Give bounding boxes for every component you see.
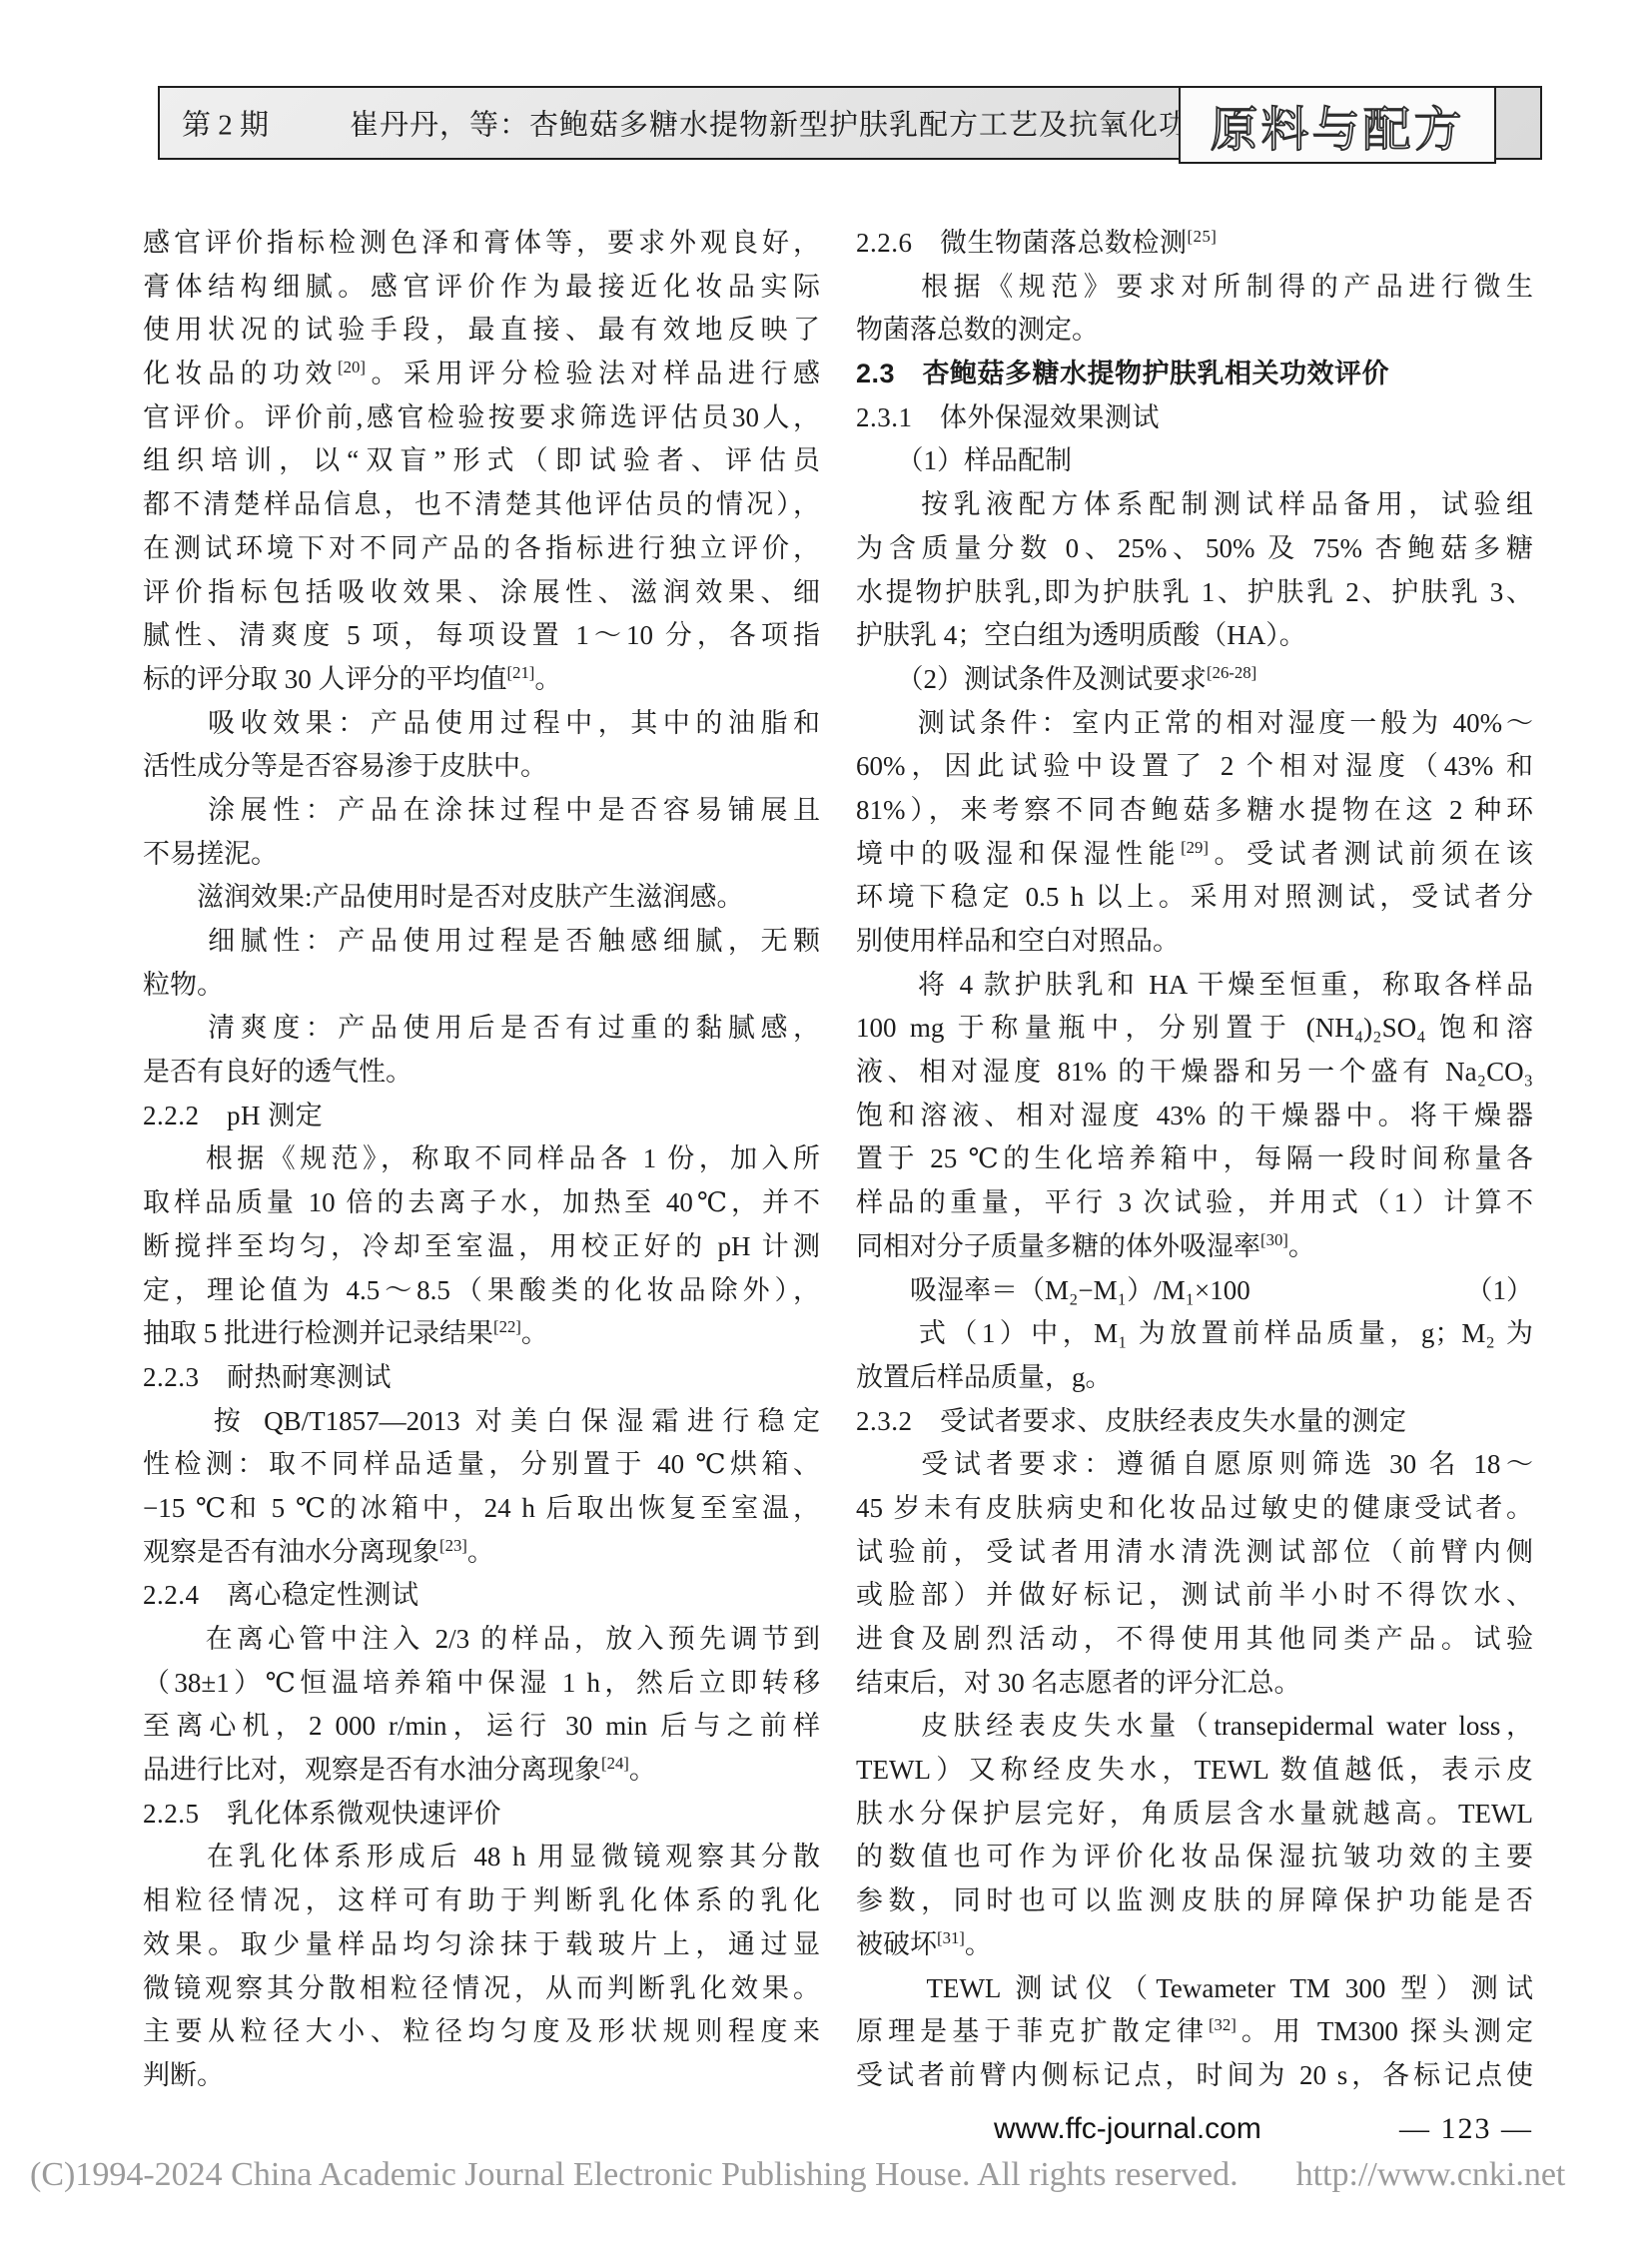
text-line: 饱和溶液、相对湿度 43% 的干燥器中。将干燥器 [856,1095,1533,1138]
journal-page: 第 2 期 崔丹丹，等：杏鲍菇多糖水提物新型护肤乳配方工艺及抗氧化功效 原料与配… [0,0,1652,2242]
text-line: 按乳液配方体系配制测试样品备用，试验组 [856,483,1533,527]
text-line: 相粒径情况，这样可有助于判断乳化体系的乳化 [143,1879,820,1923]
text-line: 受试者前臂内侧标记点，时间为 20 s，各标记点使 [856,2054,1533,2098]
page-footer: www.ffc-journal.com — 123 — [856,2109,1533,2149]
text-line: 被破坏[31]。 [856,1923,1533,1967]
text-line: 测试条件：室内正常的相对湿度一般为 40%～ [856,702,1533,746]
text-line: 按 QB/T1857—2013 对美白保湿霜进行稳定 [143,1400,820,1444]
text-line: 2.2.4 离心稳定性测试 [143,1574,820,1618]
text-line: 在测试环境下对不同产品的各指标进行独立评价， [143,527,820,571]
text-line: 细腻性：产品使用过程是否触感细腻，无颗 [143,920,820,964]
text-line: 别使用样品和空白对照品。 [856,920,1533,964]
text-line: 式（1）中，M₁ 为放置前样品质量，g；M₂ 为 [856,1312,1533,1356]
text-line: 或脸部）并做好标记，测试前半小时不得饮水、 [856,1574,1533,1618]
text-line: 皮肤经表皮失水量（transepidermal water loss， [856,1705,1533,1749]
text-line: 环境下稳定 0.5 h 以上。采用对照测试，受试者分 [856,876,1533,920]
text-line: 45 岁未有皮肤病史和化妆品过敏史的健康受试者。 [856,1487,1533,1531]
text-line: （2）测试条件及测试要求[26-28] [856,658,1533,702]
text-line: 使用状况的试验手段，最直接、最有效地反映了 [143,309,820,353]
text-line: 都不清楚样品信息，也不清楚其他评估员的情况）， [143,483,820,527]
text-line: 结束后，对 30 名志愿者的评分汇总。 [856,1662,1533,1706]
text-line: 2.3 杏鲍菇多糖水提物护肤乳相关功效评价 [856,353,1533,396]
text-line: 至离心机，2 000 r/min，运行 30 min 后与之前样 [143,1705,820,1749]
text-line: 膏体结构细腻。感官评价作为最接近化妆品实际 [143,266,820,310]
text-line: 是否有良好的透气性。 [143,1051,820,1095]
text-line: 不易搓泥。 [143,833,820,877]
text-line: 在离心管中注入 2/3 的样品，放入预先调节到 [143,1618,820,1662]
cnki-url: http://www.cnki.net [1296,2156,1566,2194]
text-line: TEWL 测试仪（Tewameter TM 300 型）测试 [856,1967,1533,2011]
text-line: 官评价。评价前,感官检验按要求筛选评估员30人， [143,396,820,440]
text-line: TEWL）又称经皮失水，TEWL 数值越低，表示皮 [856,1749,1533,1793]
text-line: 抽取 5 批进行检测并记录结果[22]。 [143,1312,820,1356]
copyright-text: (C)1994-2024 China Academic Journal Elec… [30,2156,1239,2194]
text-line: 定，理论值为 4.5～8.5（果酸类的化妆品除外）， [143,1269,820,1313]
journal-badge: 原料与配方 [1179,86,1496,164]
text-line: 同相对分子质量多糖的体外吸湿率[30]。 [856,1225,1533,1269]
text-line: 护肤乳 4；空白组为透明质酸（HA）。 [856,614,1533,658]
text-line: 性检测：取不同样品适量，分别置于 40 ℃烘箱、 [143,1443,820,1487]
text-line: 水提物护肤乳,即为护肤乳 1、护肤乳 2、护肤乳 3、 [856,571,1533,615]
text-line: 放置后样品质量，g。 [856,1356,1533,1400]
formula-text: 吸湿率＝（M₂−M₁）/M₁×100 [856,1269,1250,1313]
text-line: 取样品质量 10 倍的去离子水，加热至 40℃，并不 [143,1181,820,1225]
text-line: 评价指标包括吸收效果、涂展性、滋润效果、细 [143,571,820,615]
text-line: 的数值也可作为评价化妆品保湿抗皱功效的主要 [856,1836,1533,1879]
journal-badge-text: 原料与配方 [1210,91,1464,160]
text-line: 2.3.1 体外保湿效果测试 [856,396,1533,440]
text-line: 根据《规范》要求对所制得的产品进行微生 [856,266,1533,310]
text-line: 物菌落总数的测定。 [856,309,1533,353]
page-number: — 123 — [1399,2112,1533,2146]
text-line: 活性成分等是否容易渗于皮肤中。 [143,745,820,789]
text-line: 判断。 [143,2054,820,2098]
text-line: 腻性、清爽度 5 项，每项设置 1～10 分，各项指 [143,614,820,658]
text-line: 2.2.6 微生物菌落总数检测[25] [856,222,1533,266]
text-line: 进食及剧烈活动，不得使用其他同类产品。试验 [856,1618,1533,1662]
right-column: 2.2.6 微生物菌落总数检测[25] 根据《规范》要求对所制得的产品进行微生物… [856,222,1533,2098]
text-line: 受试者要求：遵循自愿原则筛选 30 名 18～ [856,1443,1533,1487]
text-line: 样品的重量，平行 3 次试验，并用式（1）计算不 [856,1181,1533,1225]
text-line: 品进行比对，观察是否有水油分离现象[24]。 [143,1749,820,1793]
issue-label: 第 2 期 [182,103,269,144]
text-line: 组织培训，以“双盲”形式（即试验者、评估员 [143,439,820,483]
text-line: （1）样品配制 [856,439,1533,483]
copyright-line: (C)1994-2024 China Academic Journal Elec… [30,2153,1448,2197]
left-column: 感官评价指标检测色泽和膏体等，要求外观良好，膏体结构细腻。感官评价作为最接近化妆… [143,222,820,2098]
running-title: 崔丹丹，等：杏鲍菇多糖水提物新型护肤乳配方工艺及抗氧化功效 [350,103,1219,144]
text-line: 81%），来考察不同杏鲍菇多糖水提物在这 2 种环 [856,789,1533,833]
text-line: 涂展性：产品在涂抹过程中是否容易铺展且 [143,789,820,833]
text-line: 2.3.2 受试者要求、皮肤经表皮失水量的测定 [856,1400,1533,1444]
text-line: 100 mg 于称量瓶中，分别置于 (NH₄)₂SO₄ 饱和溶 [856,1007,1533,1051]
text-line: 标的评分取 30 人评分的平均值[21]。 [143,658,820,702]
text-line: −15 ℃和 5 ℃的冰箱中，24 h 后取出恢复至室温， [143,1487,820,1531]
text-line: 根据《规范》，称取不同样品各 1 份，加入所 [143,1137,820,1181]
text-line: 境中的吸湿和保湿性能[29]。受试者测试前须在该 [856,833,1533,877]
page-header: 第 2 期 崔丹丹，等：杏鲍菇多糖水提物新型护肤乳配方工艺及抗氧化功效 原料与配… [158,86,1542,160]
text-line: 微镜观察其分散相粒径情况，从而判断乳化效果。 [143,1967,820,2011]
text-line: 清爽度：产品使用后是否有过重的黏腻感， [143,1007,820,1051]
formula-number: （1） [1466,1269,1534,1313]
text-line: 60%，因此试验中设置了 2 个相对湿度（43% 和 [856,745,1533,789]
text-line: 将 4 款护肤乳和 HA 干燥至恒重，称取各样品 [856,964,1533,1008]
text-line: 试验前，受试者用清水清洗测试部位（前臂内侧 [856,1531,1533,1575]
text-line: 液、相对湿度 81% 的干燥器和另一个盛有 Na₂CO₃ [856,1051,1533,1095]
text-line: 吸收效果：产品使用过程中，其中的油脂和 [143,702,820,746]
text-line: 2.2.5 乳化体系微观快速评价 [143,1793,820,1837]
text-line: 肤水分保护层完好，角质层含水量就越高。TEWL [856,1793,1533,1837]
text-line: 吸湿率＝（M₂−M₁）/M₁×100（1） [856,1269,1533,1313]
text-line: 断搅拌至均匀，冷却至室温，用校正好的 pH 计测 [143,1225,820,1269]
text-line: 参数，同时也可以监测皮肤的屏障保护功能是否 [856,1879,1533,1923]
text-line: 感官评价指标检测色泽和膏体等，要求外观良好， [143,222,820,266]
text-line: （38±1）℃恒温培养箱中保湿 1 h，然后立即转移 [143,1662,820,1706]
text-line: 化妆品的功效[20]。采用评分检验法对样品进行感 [143,353,820,396]
text-line: 主要从粒径大小、粒径均匀度及形状规则程度来 [143,2010,820,2054]
text-line: 原理是基于菲克扩散定律[32]。用 TM300 探头测定 [856,2010,1533,2054]
text-line: 粒物。 [143,964,820,1008]
text-line: 滋润效果:产品使用时是否对皮肤产生滋润感。 [143,876,820,920]
text-line: 效果。取少量样品均匀涂抹于载玻片上，通过显 [143,1923,820,1967]
text-line: 为含质量分数 0、25%、50% 及 75% 杏鲍菇多糖 [856,527,1533,571]
text-line: 2.2.2 pH 测定 [143,1095,820,1138]
text-line: 置于 25 ℃的生化培养箱中，每隔一段时间称量各 [856,1137,1533,1181]
footer-site-url: www.ffc-journal.com [994,2112,1261,2146]
text-line: 2.2.3 耐热耐寒测试 [143,1356,820,1400]
text-line: 观察是否有油水分离现象[23]。 [143,1531,820,1575]
text-line: 在乳化体系形成后 48 h 用显微镜观察其分散 [143,1836,820,1879]
